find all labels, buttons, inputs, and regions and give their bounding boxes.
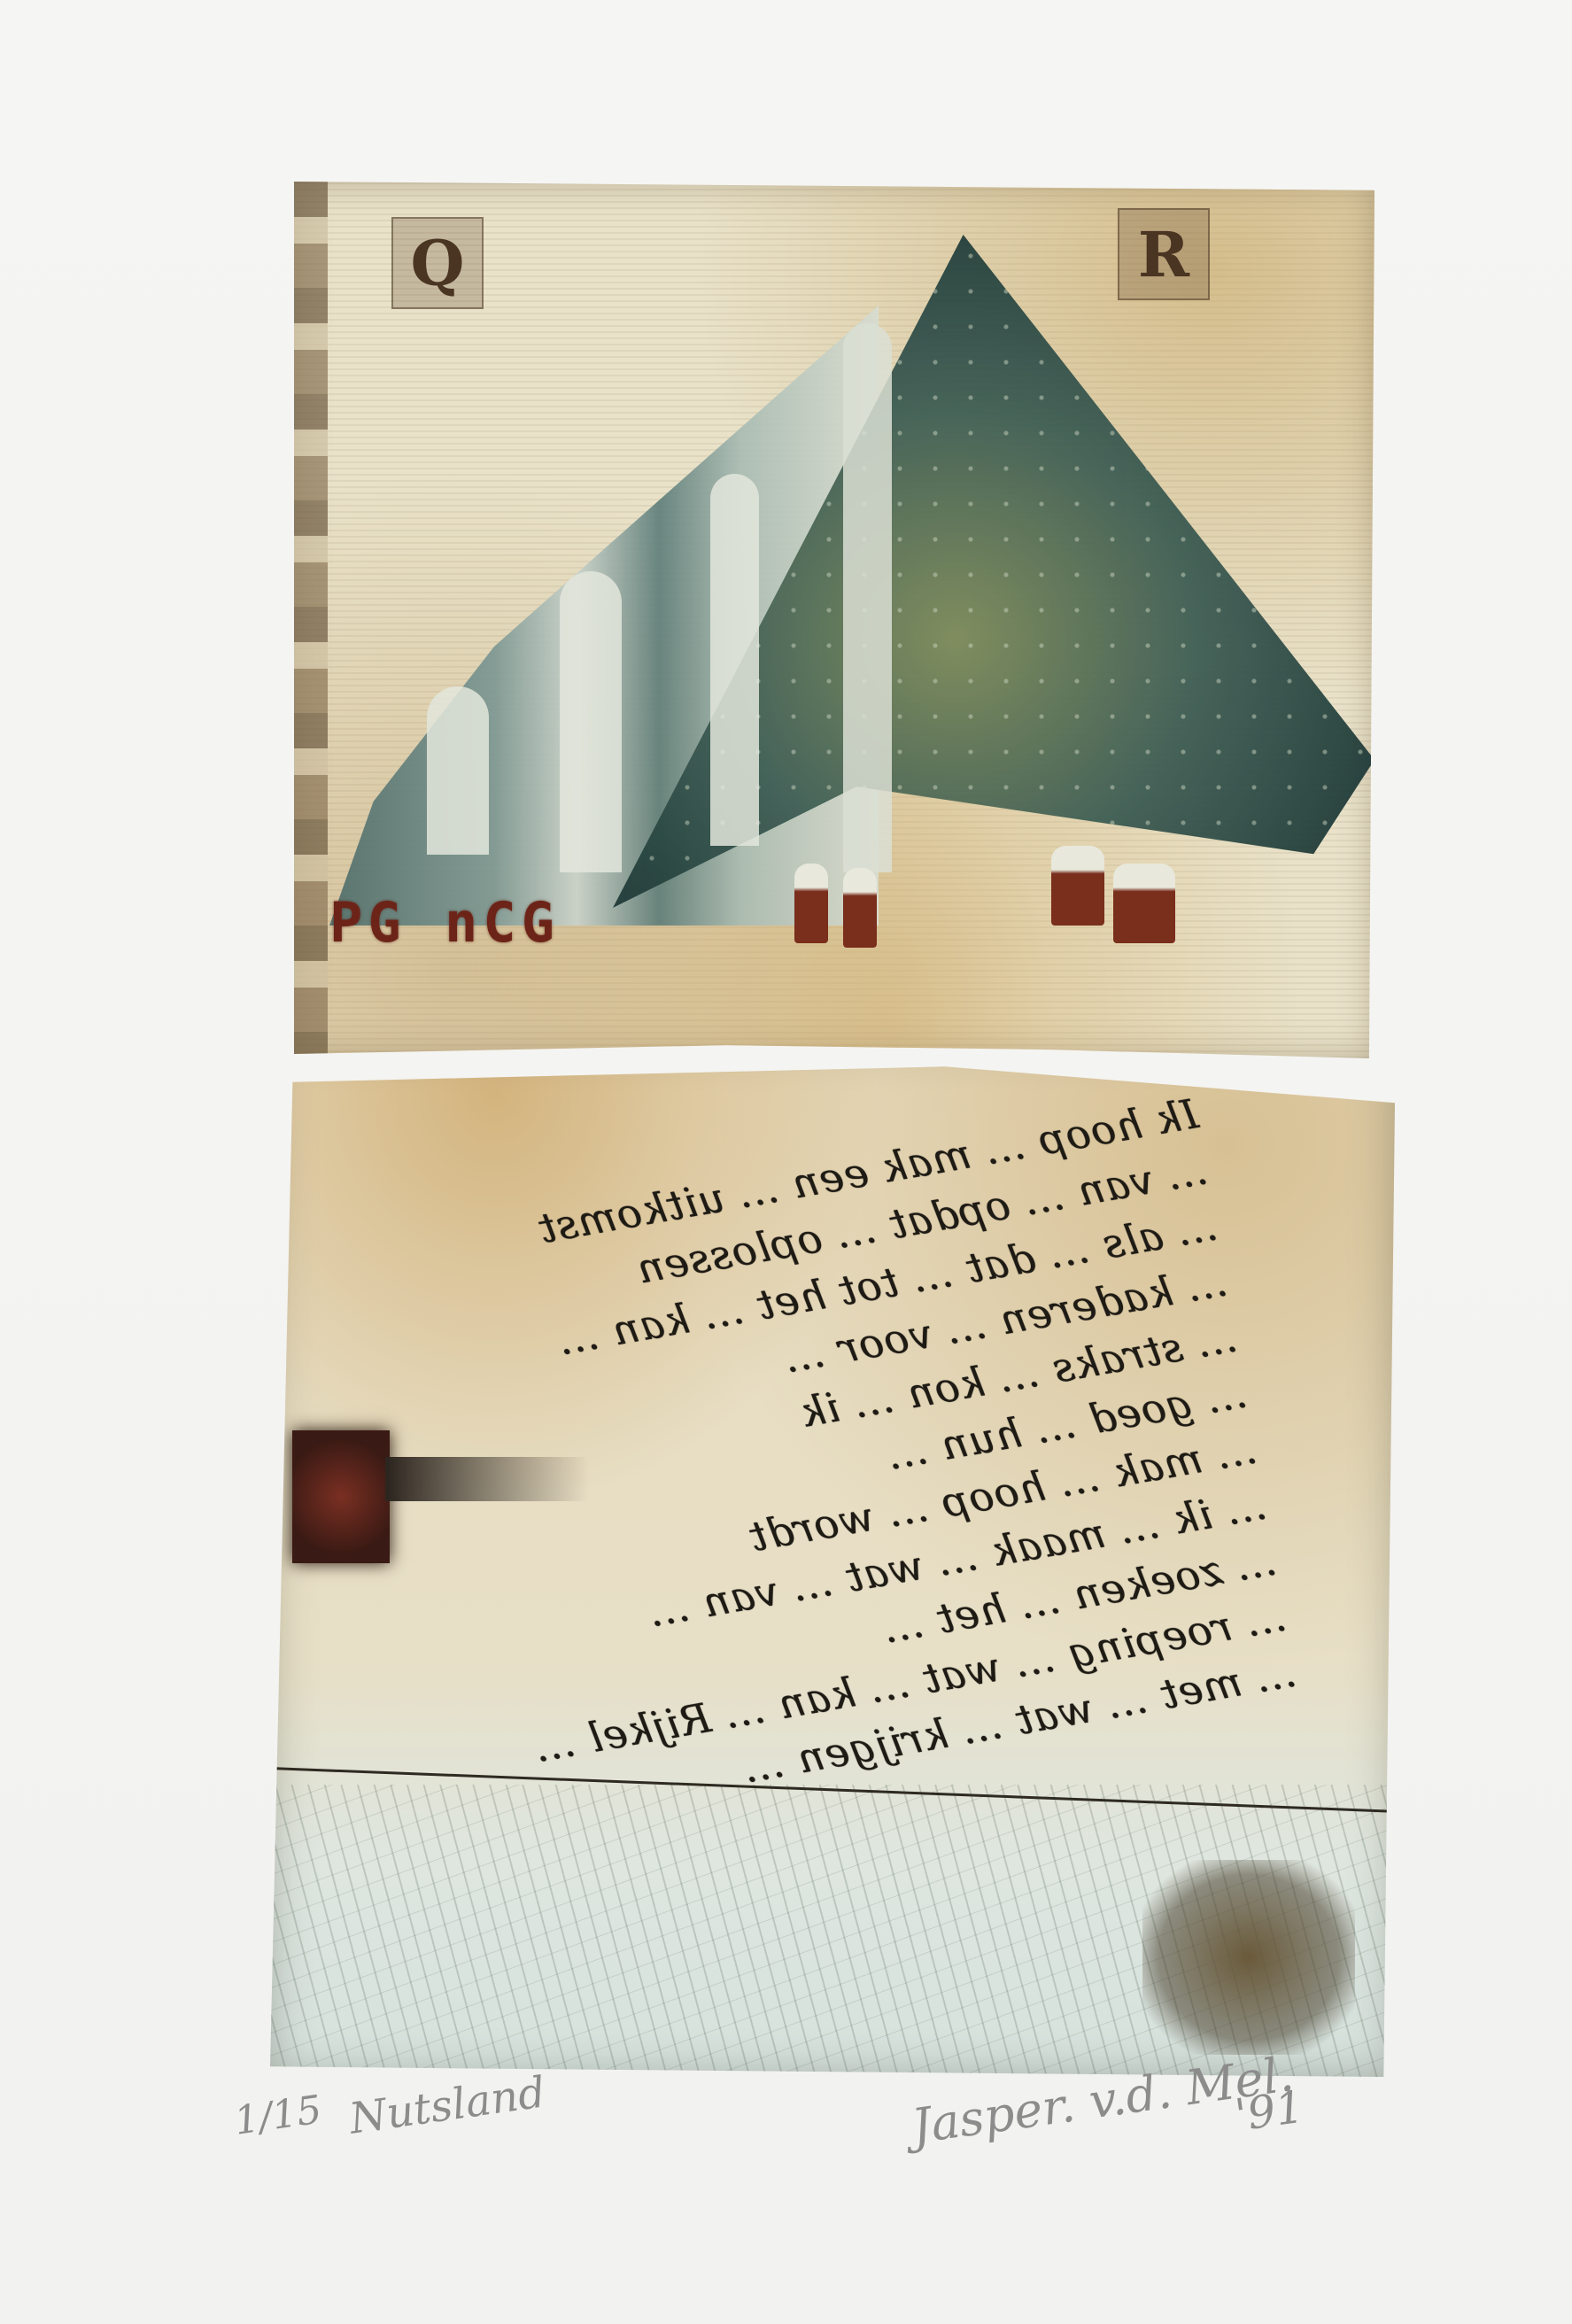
stamp-letter-right: R [1118,208,1210,300]
arch-window [560,571,622,872]
brown-patch [1142,1860,1355,2055]
lower-plate-image: Ik hoop ... mak een ... uitkomst ... van… [270,1041,1395,2077]
artwork-title: Nutsland [346,2067,548,2143]
mirrored-handwriting: Ik hoop ... mak een ... uitkomst ... van… [337,1085,1300,1849]
arch-window [843,323,892,872]
figure [843,868,877,948]
stamp-letter-left: Q [391,217,484,309]
torn-left-edge [294,182,328,1058]
upper-plate-image: Q R PG nCG [294,182,1375,1058]
figure [1051,846,1104,926]
edition-number: 1/15 [231,2087,324,2143]
artwork-date: '91 [1232,2081,1307,2142]
rust-letters: PG nCG [329,890,560,955]
figure [794,864,828,943]
arch-window [427,686,489,855]
arch-window [710,474,759,846]
paper-sheet: Q R PG nCG Ik hoop ... mak een ... uitko… [0,0,1572,2324]
figure [1113,864,1175,943]
